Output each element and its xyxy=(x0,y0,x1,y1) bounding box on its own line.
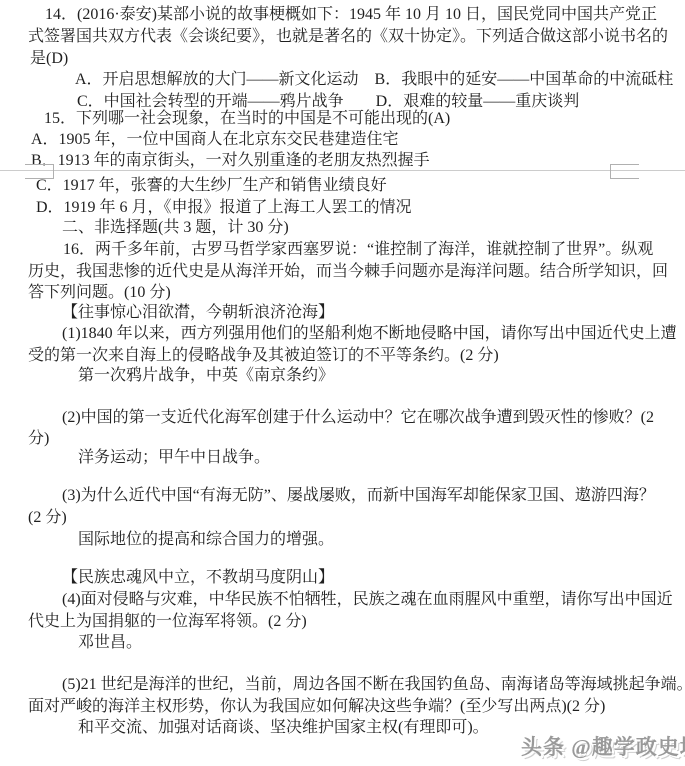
q16-sub5-line-1: (5)21 世纪是海洋的世纪，当前，周边各国不断在我国钓鱼岛、南海诸岛等海域挑起… xyxy=(62,675,685,695)
q16-stem-line-1: 16．两千多年前，古罗马哲学家西塞罗说：“谁控制了海洋，谁就控制了世界”。纵观 xyxy=(63,240,653,260)
q14-answer-line: 是(D) xyxy=(30,49,68,69)
q14-stem-line-2: 式签署国共双方代表《会谈纪要》，也就是著名的《双十协定》。下列适合做这部小说书名… xyxy=(28,27,668,47)
q14-options-a-b: A．开启思想解放的大门——新文化运动 B．我眼中的延安——中国革命的中流砥柱 xyxy=(75,70,673,90)
q16-sub1-line-2: 受的第一次来自海上的侵略战争及其被迫签订的不平等条约。(2 分) xyxy=(28,346,499,366)
q16-sub2-line-1: (2)中国的第一支近代化海军创建于什么运动中？它在哪次战争遭到毁灭性的惨败？(2 xyxy=(62,408,654,428)
q16-sub3-answer: 国际地位的提高和综合国力的增强。 xyxy=(78,530,334,550)
q15-stem: 15．下列哪一社会现象，在当时的中国是不可能出现的(A) xyxy=(44,109,450,129)
q16-sub2-answer: 洋务运动；甲午中日战争。 xyxy=(78,448,270,468)
q16-sub3-line-1: (3)为什么近代中国“有海无防”、屡战屡败，而新中国海军却能保家卫国、遨游四海？ xyxy=(62,486,655,506)
q15-option-b: B．1913 年的南京街头，一对久别重逢的老朋友热烈握手 xyxy=(31,151,430,171)
q16-stem-line-3: 答下列问题。(10 分) xyxy=(28,283,171,303)
q16-sub4-answer: 邓世昌。 xyxy=(78,633,142,653)
document-page: 14．(2016·泰安)某部小说的故事梗概如下：1945 年 10 月 10 日… xyxy=(0,0,685,766)
q15-option-d: D．1919 年 6 月，《申报》报道了上海工人罢工的情况 xyxy=(36,198,412,218)
section-2-header: 二、非选择题(共 3 题，计 30 分) xyxy=(62,218,289,238)
q16-sub3-line-2: (2 分) xyxy=(28,508,67,528)
q16-banner-1: 【往事惊心泪欲潸，今朝斩浪济沧海】 xyxy=(62,303,334,323)
q16-banner-2: 【民族忠魂风中立，不教胡马度阴山】 xyxy=(62,568,334,588)
q16-sub5-answer: 和平交流、加强对话商谈、坚决维护国家主权(有理即可)。 xyxy=(78,718,489,738)
q16-sub1-line-1: (1)1840 年以来，西方列强用他们的坚船利炮不断地侵略中国，请你写出中国近代… xyxy=(62,324,677,344)
q16-stem-line-2: 历史，我国悲惨的近代史是从海洋开始，而当今棘手问题亦是海洋问题。结合所学知识，回 xyxy=(28,262,668,282)
q16-sub5-line-2: 面对严峻的海洋主权形势，你认为我国应如何解决这些争端？(至少写出两点)(2 分) xyxy=(28,697,605,717)
q15-option-a: A．1905 年，一位中国商人在北京东交民巷建造住宅 xyxy=(31,130,399,150)
q16-sub4-line-1: (4)面对侵略与灾难，中华民族不怕牺牲，民族之魂在血雨腥风中重塑，请你写出中国近 xyxy=(62,590,673,610)
q16-sub1-answer: 第一次鸦片战争，中英《南京条约》 xyxy=(78,366,334,386)
q15-option-c: C．1917 年，张謇的大生纱厂生产和销售业绩良好 xyxy=(36,176,387,196)
q14-stem-line-1: 14．(2016·泰安)某部小说的故事梗概如下：1945 年 10 月 10 日… xyxy=(45,5,657,25)
q16-sub4-line-2: 代史上为国捐躯的一位海军将领。(2 分) xyxy=(28,612,307,632)
q16-sub2-line-2: 分) xyxy=(28,429,49,449)
page-break-line xyxy=(0,170,685,171)
text-boundary-mark-right xyxy=(610,164,639,179)
watermark: 头条 @趣学政史地 xyxy=(521,731,685,761)
